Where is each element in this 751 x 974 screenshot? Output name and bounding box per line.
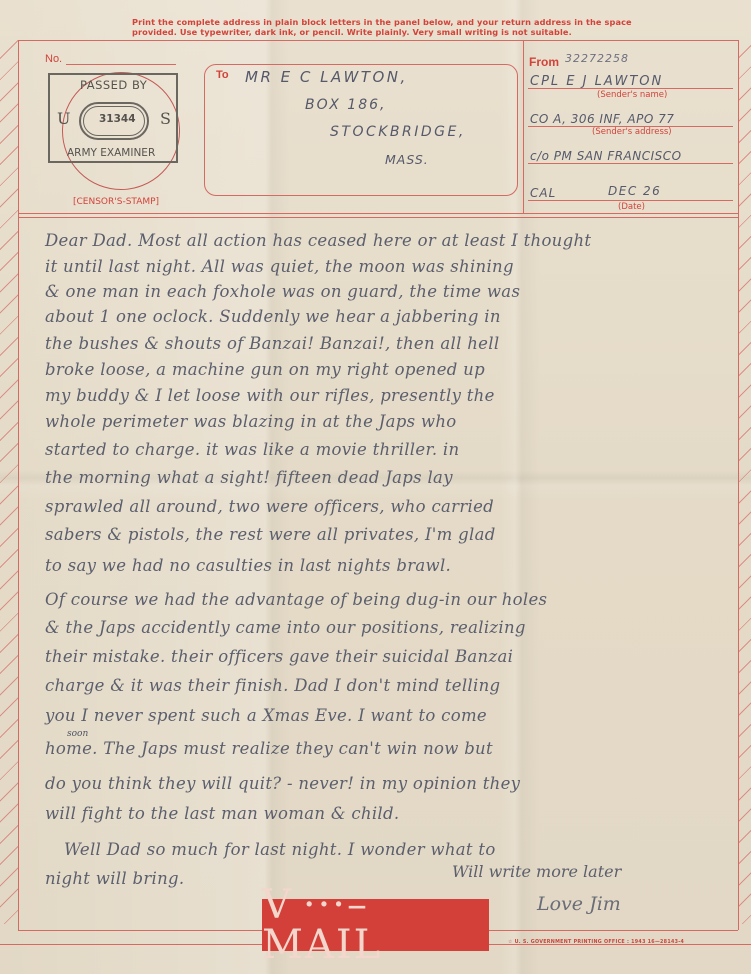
from-label: From	[529, 55, 559, 69]
right-hatched-margin	[738, 38, 751, 924]
stamp-letter-s: S	[160, 109, 171, 128]
recipient-line-4: MASS.	[385, 152, 429, 167]
recipient-line-2: BOX 186,	[305, 97, 386, 113]
letter-line: Dear Dad. Most all action has ceased her…	[45, 231, 725, 250]
from-panel-divider	[523, 40, 524, 213]
stamp-number: 31344	[99, 113, 136, 125]
top-frame-line	[18, 40, 738, 41]
number-label: No.	[45, 53, 62, 65]
sender-address-line-2: c/o PM SAN FRANCISCO	[530, 149, 682, 163]
letter-line: sabers & pistols, the rest were all priv…	[45, 525, 725, 544]
instructions-line-1: Print the complete address in plain bloc…	[132, 17, 652, 27]
letter-line: about 1 one oclock. Suddenly we hear a j…	[45, 307, 725, 326]
letter-line: whole perimeter was blazing in at the Ja…	[45, 412, 725, 431]
sender-name-line	[528, 88, 733, 89]
letter-line: & one man in each foxhole was on guard, …	[45, 282, 725, 301]
letter-line: you I never spent such a Xmas Eve. I wan…	[45, 706, 725, 725]
stamp-army-examiner: ARMY EXAMINER	[67, 147, 155, 159]
censor-stamp-label: [CENSOR'S-STAMP]	[73, 197, 159, 207]
letter-line: my buddy & I let loose with our rifles, …	[45, 386, 725, 405]
letter-line: will fight to the last man woman & child…	[45, 804, 725, 823]
letter-line: sprawled all around, two were officers, …	[45, 497, 725, 516]
instructions-line-2: provided. Use typewriter, dark ink, or p…	[132, 27, 652, 37]
letter-date: DEC 26	[608, 184, 661, 198]
letter-line: their mistake. their officers gave their…	[45, 647, 725, 666]
letter-line: broke loose, a machine gun on my right o…	[45, 360, 725, 379]
letter-line: & the Japs accidently came into our posi…	[45, 618, 725, 637]
printer-mark: ☆ U. S. GOVERNMENT PRINTING OFFICE : 194…	[508, 940, 684, 945]
header-divider-line-2	[18, 217, 738, 218]
recipient-line-1: MR E C LAWTON,	[245, 68, 408, 86]
left-hatched-margin	[0, 38, 18, 924]
senders-address-label: (Sender's address)	[592, 127, 672, 137]
sender-address-line-1: CO A, 306 INF, APO 77	[530, 112, 674, 126]
date-label: (Date)	[618, 202, 645, 212]
soon-insert: soon	[67, 729, 88, 739]
left-frame-line	[18, 40, 19, 930]
letter-closing: Will write more later	[452, 862, 621, 881]
vmail-letter-sheet: Print the complete address in plain bloc…	[0, 0, 751, 974]
number-field-line	[66, 64, 176, 65]
letter-line: charge & it was their finish. Dad I don'…	[45, 676, 725, 695]
right-frame-line	[738, 40, 739, 930]
letter-line: it until last night. All was quiet, the …	[45, 257, 725, 276]
letter-line: Of course we had the advantage of being …	[45, 590, 725, 609]
letter-signature: Love Jim	[537, 893, 621, 915]
header-divider-line	[18, 213, 738, 214]
letter-line: the bushes & shouts of Banzai! Banzai!, …	[45, 334, 725, 353]
letter-line: to say we had no casulties in last night…	[45, 556, 725, 575]
senders-name-label: (Sender's name)	[597, 90, 667, 100]
form-instructions: Print the complete address in plain bloc…	[132, 17, 652, 37]
letter-line: home. The Japs must realize they can't w…	[45, 739, 725, 758]
sender-serial-number: 32272258	[565, 52, 629, 65]
sender-address-line-2-rule	[528, 163, 733, 164]
date-line	[528, 200, 733, 201]
stamp-passed-by: PASSED BY	[80, 78, 147, 92]
stamp-letter-u: U	[57, 109, 70, 128]
letter-line: Well Dad so much for last night. I wonde…	[64, 840, 744, 859]
letter-line: the morning what a sight! fifteen dead J…	[45, 468, 725, 487]
recipient-line-3: STOCKBRIDGE,	[330, 124, 466, 140]
letter-line: started to charge. it was like a movie t…	[45, 440, 725, 459]
vmail-logo: V ···–MAIL	[262, 899, 489, 951]
sender-address-line-3: CAL	[530, 186, 556, 200]
sender-name: CPL E J LAWTON	[530, 74, 663, 89]
letter-line: do you think they will quit? - never! in…	[45, 774, 725, 793]
to-label: To	[216, 69, 229, 81]
